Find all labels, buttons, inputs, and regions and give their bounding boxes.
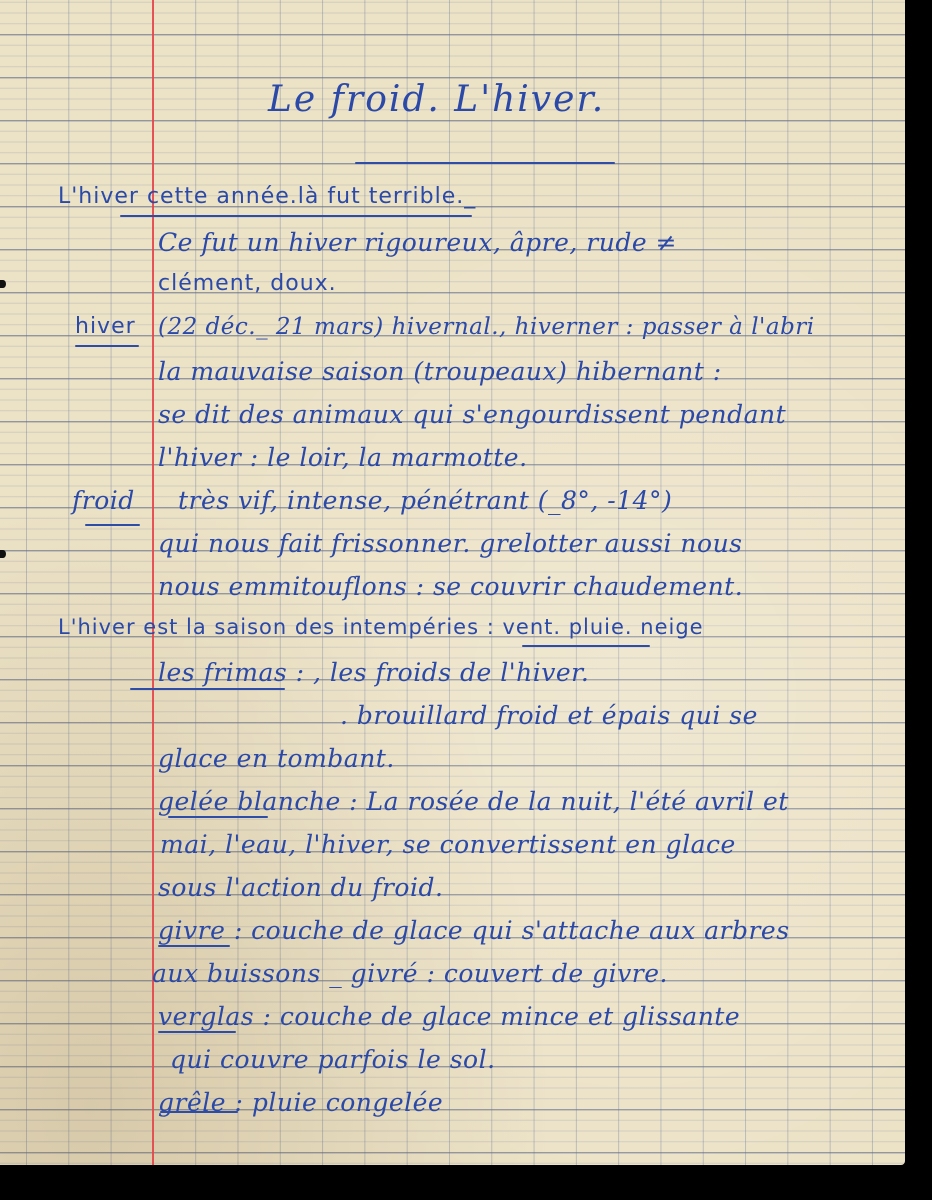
underline	[522, 645, 650, 647]
text-line: mai, l'eau, l'hiver, se convertissent en…	[160, 832, 736, 857]
keyword-hiver: hiver	[75, 316, 136, 338]
underline	[158, 945, 230, 947]
text-line: givre : couche de glace qui s'attache au…	[158, 918, 790, 943]
notebook-page: Le froid. L'hiver. L'hiver cette année.l…	[0, 0, 905, 1165]
underline	[160, 1111, 238, 1113]
underline	[130, 688, 285, 690]
underline	[168, 816, 268, 818]
underline	[85, 524, 140, 526]
text-line: les frimas : , les froids de l'hiver.	[158, 660, 589, 685]
red-margin-line	[152, 0, 154, 1165]
text-line: qui nous fait frissonner. grelotter auss…	[158, 531, 743, 556]
text-line: glace en tombant.	[158, 746, 395, 771]
text-line: (22 déc._ 21 mars) hivernal., hiverner :…	[158, 316, 815, 339]
text-line: verglas : couche de glace mince et gliss…	[158, 1004, 740, 1029]
text-line: L'hiver est la saison des intempéries : …	[58, 617, 704, 638]
text-line: la mauvaise saison (troupeaux) hibernant…	[158, 359, 722, 384]
text-line: qui couvre parfois le sol.	[170, 1047, 496, 1072]
text-line: l'hiver : le loir, la marmotte.	[158, 445, 528, 470]
page-title: Le froid. L'hiver.	[268, 82, 605, 118]
text-line: gelée blanche : La rosée de la nuit, l'é…	[158, 789, 789, 814]
text-line: très vif, intense, pénétrant (_8°, -14°)	[178, 488, 672, 513]
binding-hole-mark	[0, 280, 6, 288]
text-line: clément, doux.	[158, 273, 337, 295]
text-line: se dit des animaux qui s'engourdissent p…	[158, 402, 786, 427]
underline	[75, 345, 139, 347]
text-line: L'hiver cette année.là fut terrible._	[58, 186, 476, 208]
text-line: aux buissons _ givré : couvert de givre.	[152, 961, 668, 986]
text-line: Ce fut un hiver rigoureux, âpre, rude ≠	[158, 230, 677, 255]
keyword-froid: froid	[72, 488, 135, 513]
underline	[120, 215, 472, 217]
binding-hole-mark	[0, 550, 6, 558]
text-line: nous emmitouflons : se couvrir chaudemen…	[158, 574, 743, 599]
title-underline	[355, 162, 615, 164]
text-line: sous l'action du froid.	[158, 875, 443, 900]
text-line: . brouillard froid et épais qui se	[340, 703, 758, 728]
underline	[158, 1031, 236, 1033]
